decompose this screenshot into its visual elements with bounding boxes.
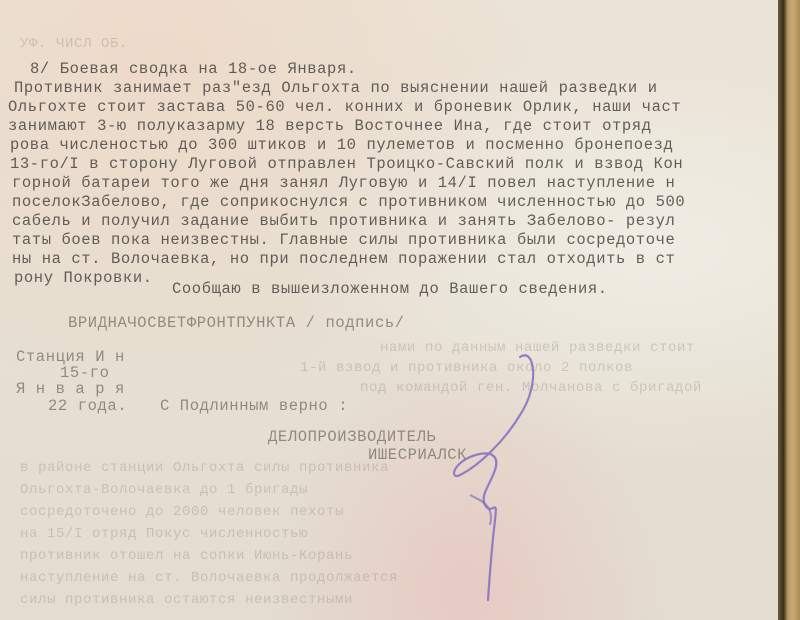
- closing-statement: Сообщаю в вышеизложенном до Вашего сведе…: [172, 280, 608, 298]
- clerk-title: ДЕЛОПРОИЗВОДИТЕЛЬ: [268, 428, 436, 446]
- report-line: горной батареи того же дня занял Луговую…: [12, 174, 675, 192]
- handwritten-signature-icon: [440, 345, 560, 605]
- report-line: таты боев пока неизвестны. Главные силы …: [12, 231, 675, 249]
- report-line: рова численостью до 300 штиков и 10 пуле…: [10, 136, 673, 154]
- faint-header-text: УФ. ЧИСЛ ОБ.: [20, 36, 128, 52]
- bleed-through-line: наступление на ст. Волочаевка продолжает…: [20, 570, 398, 586]
- date-year: 22 года.: [48, 397, 127, 415]
- report-line: рону Покровки.: [14, 269, 153, 287]
- bleed-through-line: сосредоточено до 2000 человек пехоты: [20, 504, 344, 520]
- certification-text: С Подлинным верно :: [160, 397, 348, 415]
- bleed-through-line: Ольгохта-Волочаевка до 1 бригады: [20, 482, 308, 498]
- report-line: ны на ст. Волочаевка, но при последнем п…: [12, 250, 675, 268]
- report-line: поселокЗабелово, где соприкоснулся с про…: [12, 193, 685, 211]
- binding-edge: [778, 0, 800, 620]
- bleed-through-line: силы противника остаются неизвестными: [20, 592, 353, 608]
- report-line: сабель и получил задание выбить противни…: [12, 212, 675, 230]
- date-month: Я н в а р я: [16, 380, 125, 398]
- report-heading: 8/ Боевая сводка на 18-ое Января.: [30, 60, 357, 78]
- bleed-through-line: противник отошел на сопки Июнь-Корань: [20, 548, 353, 564]
- archival-document-page: УФ. ЧИСЛ ОБ. нами по данным нашей развед…: [0, 0, 778, 620]
- report-line: Противник занимает раз"езд Ольгохта по в…: [14, 79, 658, 97]
- report-line: Ольгохте стоит застава 50-60 чел. конних…: [8, 98, 681, 116]
- report-line: занимают 3-ю полуказарму 18 версть Восто…: [8, 117, 652, 135]
- signature-line: ВРИДНАЧОСВЕТФРОНТПУНКТА / подпись/: [68, 314, 405, 332]
- bleed-through-line: на 15/I отряд Покус численностью: [20, 526, 308, 542]
- bleed-through-line: в районе станции Ольгохта силы противник…: [20, 460, 389, 476]
- report-line: 13-го/I в сторону Луговой отправлен Трои…: [10, 155, 683, 173]
